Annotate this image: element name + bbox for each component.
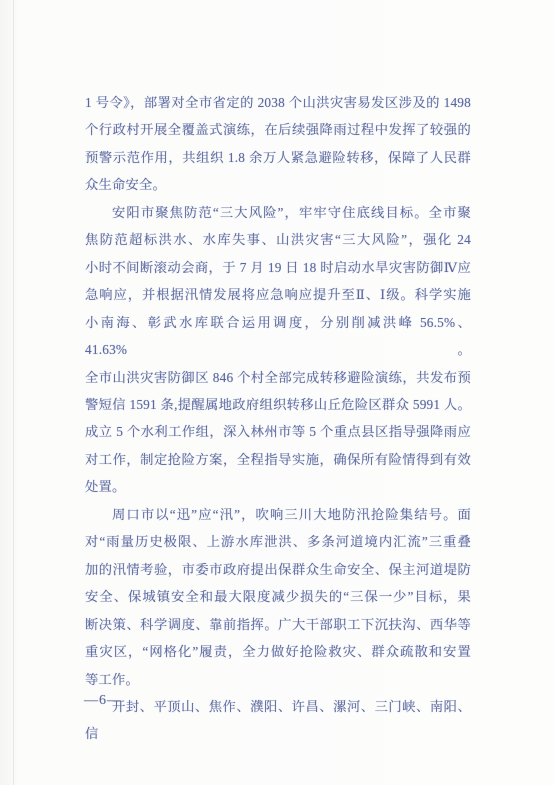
text-line: 警短信 1591 条,提醒属地政府组织转移山丘危险区群众 5991 人。 <box>85 391 471 418</box>
text-line: 个行政村开展全覆盖式演练，在后续强降雨过程中发挥了较强的 <box>85 116 471 143</box>
text-line: 加的汛情考验，市委市政府提出保群众生命安全、保主河道堤防 <box>85 556 471 583</box>
text-line: 周口市以“迅”应“汛”，吹响三川大地防汛抢险集结号。面 <box>85 501 471 528</box>
document-page: 1 号令》，部署对全市省定的 2038 个山洪灾害易发区涉及的 1498 个行政… <box>0 0 555 785</box>
body-text: 1 号令》，部署对全市省定的 2038 个山洪灾害易发区涉及的 1498 个行政… <box>85 89 471 748</box>
text-line: 小时不间断滚动会商，于 7 月 19 日 18 时启动水旱灾害防御Ⅳ应 <box>85 254 471 281</box>
text-line: 安阳市聚焦防范“三大风险”，牢牢守住底线目标。全市聚 <box>85 199 471 226</box>
text-line: 安全、保城镇安全和最大限度减少损失的“三保一少”目标，果 <box>85 583 471 610</box>
text-line: 对“雨量历史极限、上游水库泄洪、多条河道境内汇流”三重叠 <box>85 528 471 555</box>
paper-scan-edge <box>13 0 14 785</box>
text-line: 断决策、科学调度、靠前指挥。广大干部职工下沉扶沟、西华等 <box>85 611 471 638</box>
text-line: 处置。 <box>85 473 471 500</box>
paragraph-continuation: 1 号令》，部署对全市省定的 2038 个山洪灾害易发区涉及的 1498 个行政… <box>85 89 471 199</box>
text-line: 急响应，并根据汛情发展将应急响应提升至Ⅱ、Ⅰ级。科学实施 <box>85 281 471 308</box>
text-line: 众生命安全。 <box>85 171 471 198</box>
text-line: 1 号令》，部署对全市省定的 2038 个山洪灾害易发区涉及的 1498 <box>85 89 471 116</box>
text-line: 成立 5 个水利工作组，深入林州市等 5 个重点县区指导强降雨应 <box>85 418 471 445</box>
text-line: 焦防范超标洪水、水库失事、山洪灾害“三大风险”，强化 24 <box>85 226 471 253</box>
paragraph-anyang: 安阳市聚焦防范“三大风险”，牢牢守住底线目标。全市聚 焦防范超标洪水、水库失事、… <box>85 199 471 501</box>
text-line: 全市山洪灾害防御区 846 个村全部完成转移避险演练，共发布预 <box>85 364 471 391</box>
paragraph-zhoukou: 周口市以“迅”应“汛”，吹响三川大地防汛抢险集结号。面 对“雨量历史极限、上游水… <box>85 501 471 693</box>
text-line: 小南海、彰武水库联合运用调度，分别削减洪峰 56.5%、41.63%。 <box>85 309 471 364</box>
text-line: 开封、平顶山、焦作、濮阳、许昌、漯河、三门峡、南阳、信 <box>85 693 471 748</box>
text-line: 对工作，制定抢险方案，全程指导实施，确保所有险情得到有效 <box>85 446 471 473</box>
page-number: —6— <box>84 691 122 711</box>
paragraph-cities: 开封、平顶山、焦作、濮阳、许昌、漯河、三门峡、南阳、信 <box>85 693 471 748</box>
text-line: 重灾区，“网格化”履责，全力做好抢险救灾、群众疏散和安置 <box>85 638 471 665</box>
text-line: 预警示范作用，共组织 1.8 余万人紧急避险转移，保障了人民群 <box>85 144 471 171</box>
text-line: 等工作。 <box>85 666 471 693</box>
